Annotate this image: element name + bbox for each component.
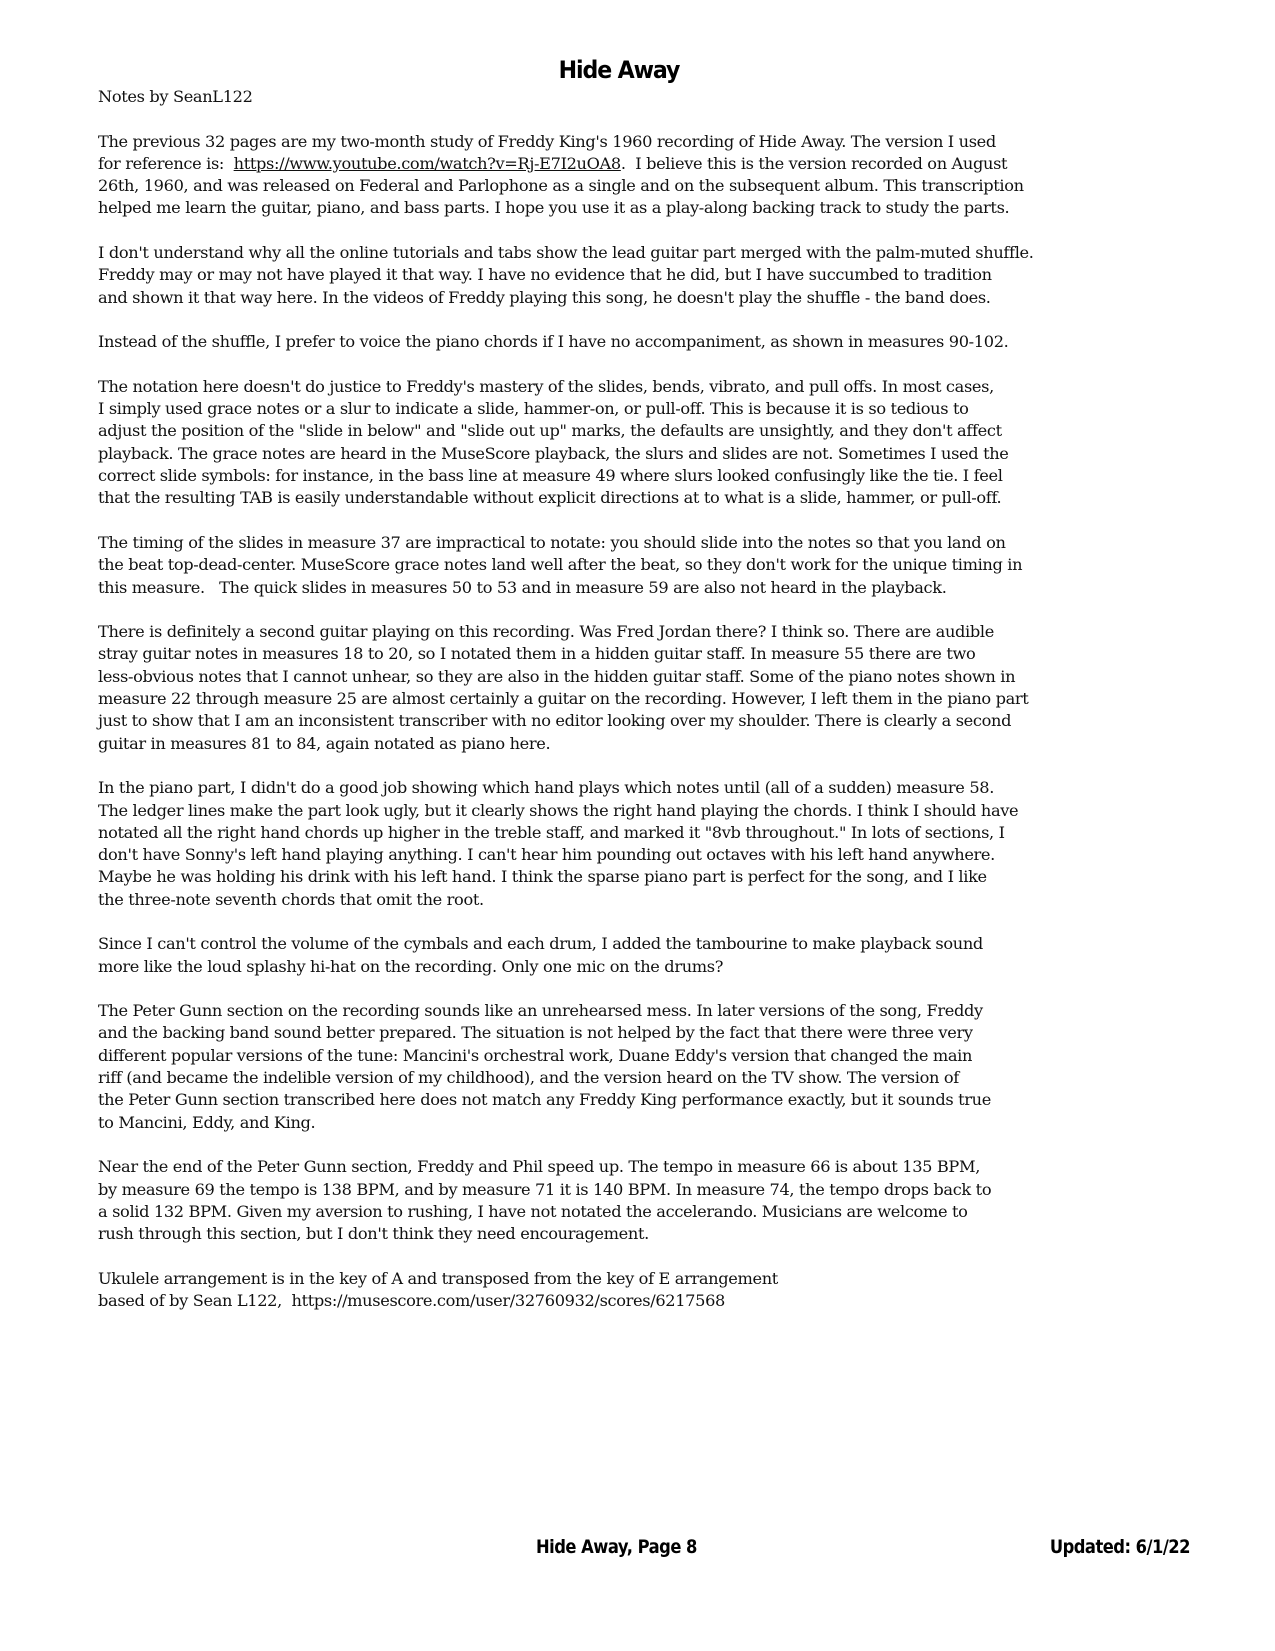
text-line: and the backing band sound better prepar… <box>98 1022 1198 1044</box>
text-line: The timing of the slides in measure 37 a… <box>98 532 1198 554</box>
text-line: Freddy may or may not have played it tha… <box>98 264 1198 286</box>
text-line: just to show that I am an inconsistent t… <box>98 710 1198 732</box>
text-line: Ukulele arrangement is in the key of A a… <box>98 1268 1198 1290</box>
text-line: playback. The grace notes are heard in t… <box>98 443 1198 465</box>
link-prefix: for reference is: <box>98 154 234 173</box>
page-title: Hide Away <box>50 56 1189 84</box>
text-line: The notation here doesn't do justice to … <box>98 376 1198 398</box>
text-line: that the resulting TAB is easily underst… <box>98 487 1198 509</box>
text-line: the three-note seventh chords that omit … <box>98 889 1198 911</box>
text-line: different popular versions of the tune: … <box>98 1045 1198 1067</box>
text-line: guitar in measures 81 to 84, again notat… <box>98 733 1198 755</box>
text-line: Instead of the shuffle, I prefer to voic… <box>98 331 1198 353</box>
paragraph-ukulele: Ukulele arrangement is in the key of A a… <box>98 1268 1198 1313</box>
paragraph-tempo: Near the end of the Peter Gunn section, … <box>98 1156 1198 1245</box>
paragraph-reference-version: The previous 32 pages are my two-month s… <box>98 131 1198 220</box>
document-body: Notes by SeanL122 The previous 32 pages … <box>98 86 1198 1335</box>
text-line: The previous 32 pages are my two-month s… <box>98 131 1198 153</box>
text-line: based of by Sean L122, https://musescore… <box>98 1290 1198 1312</box>
text-line: Maybe he was holding his drink with his … <box>98 866 1198 888</box>
paragraph-second-guitar: There is definitely a second guitar play… <box>98 621 1198 755</box>
text-line: helped me learn the guitar, piano, and b… <box>98 197 1198 219</box>
text-line: notated all the right hand chords up hig… <box>98 822 1198 844</box>
paragraph-peter-gunn: The Peter Gunn section on the recording … <box>98 1000 1198 1134</box>
youtube-link[interactable]: https://www.youtube.com/watch?v=Rj-E7I2u… <box>234 154 621 173</box>
text-line: Since I can't control the volume of the … <box>98 933 1198 955</box>
paragraph-notation: The notation here doesn't do justice to … <box>98 376 1198 510</box>
paragraph-piano-chords: Instead of the shuffle, I prefer to voic… <box>98 331 1198 353</box>
footer-updated-date: Updated: 6/1/22 <box>1050 1536 1190 1558</box>
text-line: adjust the position of the "slide in bel… <box>98 420 1198 442</box>
text-line: The Peter Gunn section on the recording … <box>98 1000 1198 1022</box>
link-suffix: . I believe this is the version recorded… <box>621 154 1007 173</box>
paragraph-tambourine: Since I can't control the volume of the … <box>98 933 1198 978</box>
text-line: this measure. The quick slides in measur… <box>98 577 1198 599</box>
paragraph-piano-part: In the piano part, I didn't do a good jo… <box>98 777 1198 911</box>
text-line: more like the loud splashy hi-hat on the… <box>98 956 1198 978</box>
text-line: to Mancini, Eddy, and King. <box>98 1112 1198 1134</box>
text-line: In the piano part, I didn't do a good jo… <box>98 777 1198 799</box>
byline: Notes by SeanL122 <box>98 86 1198 108</box>
text-line: the Peter Gunn section transcribed here … <box>98 1089 1198 1111</box>
paragraph-slide-timing: The timing of the slides in measure 37 a… <box>98 532 1198 599</box>
text-line: I simply used grace notes or a slur to i… <box>98 398 1198 420</box>
text-line: by measure 69 the tempo is 138 BPM, and … <box>98 1179 1198 1201</box>
text-line: rush through this section, but I don't t… <box>98 1223 1198 1245</box>
text-line-with-link: for reference is: https://www.youtube.co… <box>98 153 1198 175</box>
text-line: measure 22 through measure 25 are almost… <box>98 688 1198 710</box>
text-line: 26th, 1960, and was released on Federal … <box>98 175 1198 197</box>
text-line: the beat top-dead-center. MuseScore grac… <box>98 554 1198 576</box>
text-line: less-obvious notes that I cannot unhear,… <box>98 666 1198 688</box>
text-line: Near the end of the Peter Gunn section, … <box>98 1156 1198 1178</box>
text-line: don't have Sonny's left hand playing any… <box>98 844 1198 866</box>
text-line: and shown it that way here. In the video… <box>98 287 1198 309</box>
text-line: stray guitar notes in measures 18 to 20,… <box>98 643 1198 665</box>
text-line: There is definitely a second guitar play… <box>98 621 1198 643</box>
text-line: I don't understand why all the online tu… <box>98 242 1198 264</box>
paragraph-shuffle: I don't understand why all the online tu… <box>98 242 1198 309</box>
text-line: correct slide symbols: for instance, in … <box>98 465 1198 487</box>
text-line: The ledger lines make the part look ugly… <box>98 800 1198 822</box>
text-line: a solid 132 BPM. Given my aversion to ru… <box>98 1201 1198 1223</box>
footer-page-label: Hide Away, Page 8 <box>536 1536 697 1558</box>
text-line: riff (and became the indelible version o… <box>98 1067 1198 1089</box>
